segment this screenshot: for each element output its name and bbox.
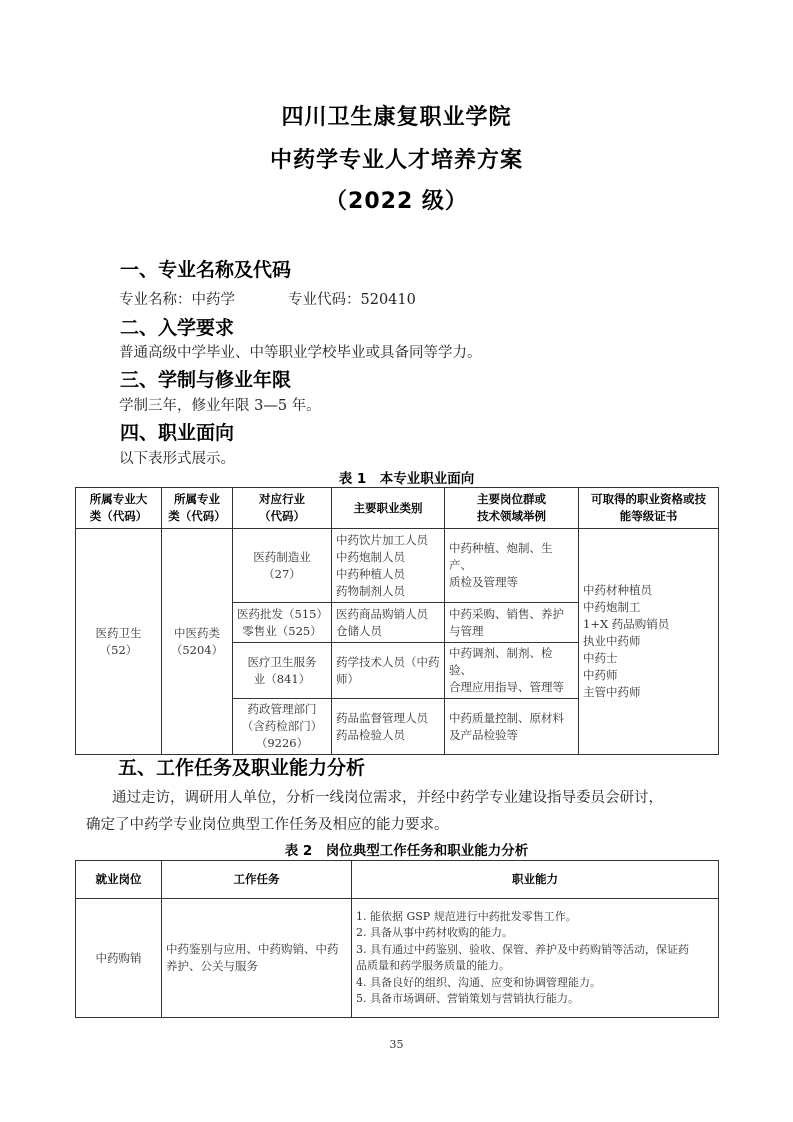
institution-title: 四川卫生康复职业学院	[0, 100, 793, 131]
section-2-heading: 二、入学要求	[120, 313, 234, 340]
table2-header: 工作任务	[162, 861, 352, 899]
career-intro-text: 以下表形式展示。	[119, 447, 235, 468]
tasks-cell: 中药鉴别与应用、中药购销、中药养护、公关与服务	[162, 899, 352, 1018]
table-row: 中药购销 中药鉴别与应用、中药购销、中药养护、公关与服务 1. 能依据 GSP …	[76, 899, 719, 1018]
abilities-cell: 1. 能依据 GSP 规范进行中药批发零售工作。 2. 具备从事中药材收购的能力…	[352, 899, 719, 1018]
table2-header: 就业岗位	[76, 861, 162, 899]
admission-text: 普通高级中学毕业、中等职业学校毕业或具备同等学力。	[119, 341, 482, 362]
table2-caption: 表 2 岗位典型工作任务和职业能力分析	[10, 839, 793, 859]
industry-cell: 医药批发（515）零售业（525）	[233, 603, 332, 643]
year-title: （2022 级）	[0, 184, 793, 215]
analysis-text-line1: 通过走访，调研用人单位，分析一线岗位需求，并经中药学专业建设指导委员会研讨，	[112, 786, 663, 807]
major-code: 专业代码：520410	[288, 288, 416, 309]
table1-caption: 表 1 本专业职业面向	[10, 467, 793, 487]
table1-header: 所属专业大类（代码）	[76, 488, 162, 529]
table1-header: 主要职业类别	[332, 488, 445, 529]
position-cell: 中药调剂、制剂、检验、合理应用指导、管理等	[445, 643, 579, 699]
industry-cell: 药政管理部门（含药检部门）（9226）	[233, 699, 332, 755]
table-row: 医药卫生（52） 中医药类（5204） 医药制造业（27） 中药饮片加工人员中药…	[76, 529, 719, 603]
industry-cell: 医疗卫生服务业（841）	[233, 643, 332, 699]
table1-header: 可取得的职业资格或技能等级证书	[579, 488, 719, 529]
major-name: 专业名称：中药学	[119, 288, 235, 309]
plan-title: 中药学专业人才培养方案	[0, 143, 793, 174]
position-cell: 中药种植、炮制、生产、质检及管理等	[445, 529, 579, 603]
occupation-cell: 药学技术人员（中药师）	[332, 643, 445, 699]
sub-category-cell: 中医药类（5204）	[162, 529, 233, 755]
table2-header-row: 就业岗位 工作任务 职业能力	[76, 861, 719, 899]
task-ability-table: 就业岗位 工作任务 职业能力 中药购销 中药鉴别与应用、中药购销、中药养护、公关…	[75, 860, 719, 1018]
page-number: 35	[0, 1038, 793, 1051]
occupation-cell: 中药饮片加工人员中药炮制人员中药种植人员药物制剂人员	[332, 529, 445, 603]
section-4-heading: 四、职业面向	[120, 418, 234, 445]
position-cell: 中药购销	[76, 899, 162, 1018]
certificates-cell: 中药材种植员 中药炮制工 1+X 药品购销员 执业中药师 中药士 中药师 主管中…	[579, 529, 719, 755]
table1-header: 对应行业（代码）	[233, 488, 332, 529]
major-category-cell: 医药卫生（52）	[76, 529, 162, 755]
duration-text: 学制三年，修业年限 3—5 年。	[119, 394, 321, 415]
occupation-cell: 医药商品购销人员仓储人员	[332, 603, 445, 643]
table2-header: 职业能力	[352, 861, 719, 899]
section-5-heading: 五、工作任务及职业能力分析	[118, 753, 365, 780]
analysis-text-line2: 确定了中药学专业岗位典型工作任务及相应的能力要求。	[86, 813, 449, 834]
section-1-heading: 一、专业名称及代码	[120, 255, 291, 282]
industry-cell: 医药制造业（27）	[233, 529, 332, 603]
position-cell: 中药采购、销售、养护与管理	[445, 603, 579, 643]
position-cell: 中药质量控制、原材料及产品检验等	[445, 699, 579, 755]
occupation-cell: 药品监督管理人员药品检验人员	[332, 699, 445, 755]
table1-header-row: 所属专业大类（代码） 所属专业类（代码） 对应行业（代码） 主要职业类别 主要岗…	[76, 488, 719, 529]
table1-header: 主要岗位群或技术领域举例	[445, 488, 579, 529]
career-orientation-table: 所属专业大类（代码） 所属专业类（代码） 对应行业（代码） 主要职业类别 主要岗…	[75, 487, 719, 755]
table1-header: 所属专业类（代码）	[162, 488, 233, 529]
section-3-heading: 三、学制与修业年限	[120, 365, 291, 392]
